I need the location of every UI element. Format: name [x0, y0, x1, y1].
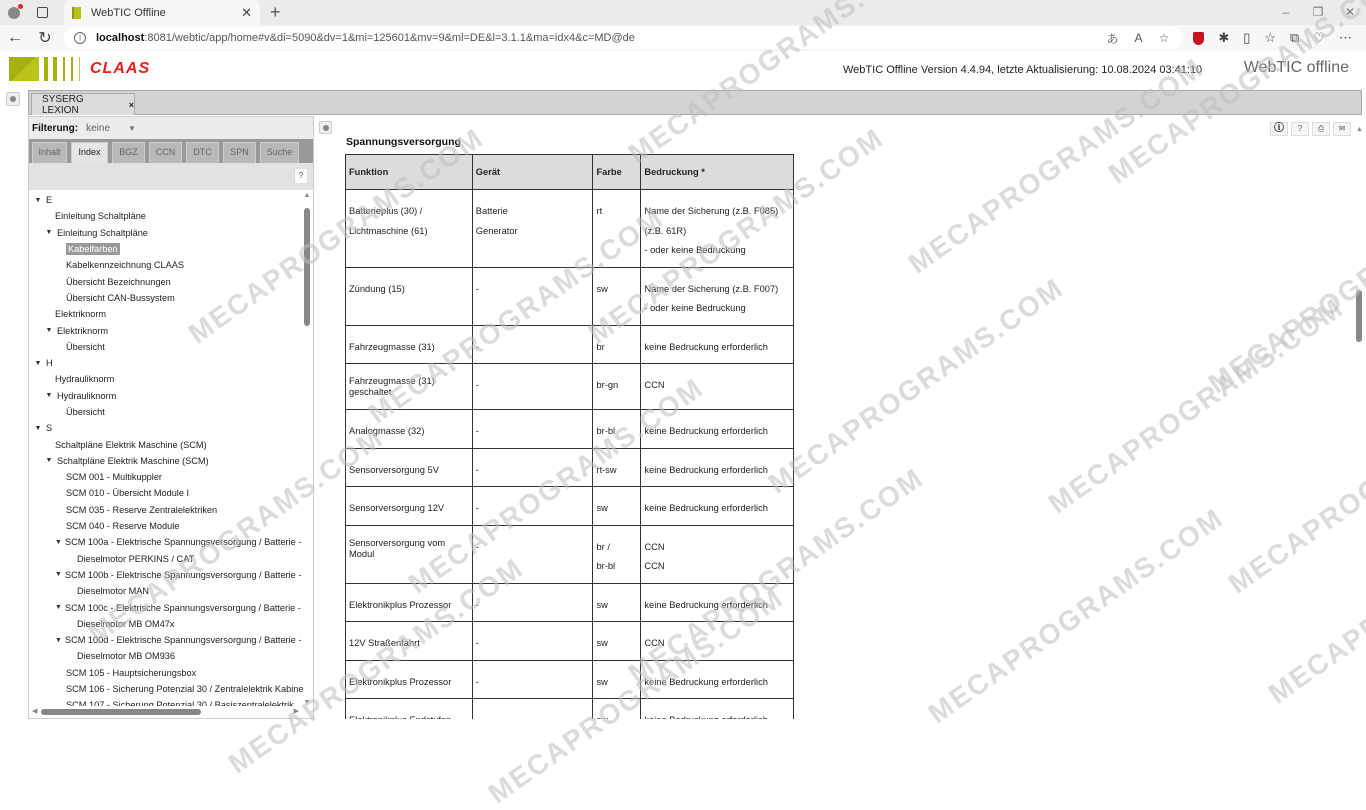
cell-geraet: -	[472, 660, 593, 699]
scroll-thumb[interactable]	[41, 709, 201, 715]
cell-funktion: Sensorversorgung 5V	[346, 448, 473, 487]
cell-farbe: br /br-bl	[593, 525, 641, 583]
column-header: Bedruckung *	[641, 155, 794, 190]
tree-item[interactable]: Dieselmotor MB OM936	[29, 648, 303, 664]
tree-item[interactable]: ▼SCM 100a - Elektrische Spannungsversorg…	[29, 534, 303, 550]
table-row: Elektronikplus Prozessor-swkeine Bedruck…	[346, 660, 794, 699]
tab-actions-icon	[37, 7, 48, 18]
translate-icon[interactable]: あ	[1107, 30, 1119, 47]
document-content: Spannungsversorgung ⓘ ? ⎙ ✉ FunktionGerä…	[335, 116, 1353, 719]
scroll-up-icon[interactable]: ▲	[303, 192, 311, 199]
profile-button[interactable]	[0, 0, 28, 25]
close-tab-icon[interactable]: ✕	[241, 5, 252, 21]
tree-item-label: Übersicht CAN-Bussystem	[66, 293, 175, 303]
site-info-icon[interactable]: i	[74, 32, 86, 44]
table-row: Fahrzeugmasse (31) geschaltet-br-gnCCN	[346, 364, 794, 410]
tree-item-label: SCM 001 - Multikuppler	[66, 472, 162, 482]
tree-item-label: Dieselmotor PERKINS / CAT	[77, 554, 194, 564]
scroll-left-icon[interactable]: ◀	[32, 707, 37, 715]
collapse-panel-button[interactable]	[319, 121, 332, 134]
tree-item[interactable]: SCM 010 - Übersicht Module I	[29, 485, 303, 501]
tree-item[interactable]: Kabelkennzeichnung CLAAS	[29, 257, 303, 273]
tab-spn[interactable]: SPN	[223, 142, 256, 163]
app-header: CLAAS WebTIC Offline Version 4.4.94, let…	[0, 51, 1366, 88]
help-icon[interactable]: ?	[1291, 122, 1309, 136]
tree-item[interactable]: ▼Hydrauliknorm	[29, 388, 303, 404]
scroll-thumb[interactable]	[1356, 290, 1362, 342]
tree-item[interactable]: Dieselmotor PERKINS / CAT	[29, 551, 303, 567]
table-row: Zündung (15)-swName der Sicherung (z.B. …	[346, 267, 794, 325]
cell-bedruckung: CCNCCN	[641, 525, 794, 583]
tree-item-label: H	[46, 358, 53, 368]
close-window-button[interactable]: ✕	[1334, 0, 1366, 25]
cell-bedruckung: keine Bedruckung erforderlich	[641, 410, 794, 449]
tree-item[interactable]: SCM 001 - Multikuppler	[29, 469, 303, 485]
tab-inhalt[interactable]: Inhalt	[32, 142, 67, 163]
tree-item[interactable]: ▼SCM 100b - Elektrische Spannungsversorg…	[29, 567, 303, 583]
cell-funktion: Elektronikplus Prozessor	[346, 660, 473, 699]
table-row: Sensorversorgung vom Modul-br /br-blCCNC…	[346, 525, 794, 583]
cell-farbe: sw	[593, 699, 641, 720]
cell-funktion: Elektronikplus Prozessor	[346, 583, 473, 622]
tab-ccn[interactable]: CCN	[149, 142, 182, 163]
split-screen-icon[interactable]: ▯	[1243, 30, 1250, 46]
tree-item[interactable]: ▼Einleitung Schaltpläne	[29, 225, 303, 241]
tree-item[interactable]: SCM 035 - Reserve Zentralelektriken	[29, 502, 303, 518]
cell-geraet: -	[472, 699, 593, 720]
tree-horizontal-scrollbar[interactable]: ◀ ▶	[29, 706, 313, 718]
tree-item-label: Übersicht	[66, 407, 105, 417]
tab-index[interactable]: Index	[71, 142, 108, 163]
table-row: Elektronikplus Endstufen-swkeine Bedruck…	[346, 699, 794, 720]
table-row: Fahrzeugmasse (31)-brkeine Bedruckung er…	[346, 325, 794, 364]
tree-item[interactable]: Hydrauliknorm	[29, 371, 303, 387]
version-info: WebTIC Offline Version 4.4.94, letzte Ak…	[843, 64, 1202, 76]
cell-bedruckung: keine Bedruckung erforderlich	[641, 487, 794, 526]
table-row: 12V Straßenfahrt-swCCN	[346, 622, 794, 661]
cell-funktion: Zündung (15)	[346, 267, 473, 325]
cell-geraet: BatterieGenerator	[472, 190, 593, 268]
tree-item[interactable]: ▼E	[29, 192, 303, 208]
window-controls: – ❐ ✕	[1270, 0, 1366, 25]
back-button[interactable]: ←	[0, 29, 30, 47]
cell-geraet: -	[472, 525, 593, 583]
favorite-star-icon[interactable]: ☆	[1159, 31, 1170, 45]
tree-item-label: Hydrauliknorm	[55, 374, 114, 384]
tree-item-label: S	[46, 423, 52, 433]
tree-item[interactable]: SCM 107 - Sicherung Potenzial 30 / Basis…	[29, 697, 303, 706]
table-row: Analogmasse (32)-br-blkeine Bedruckung e…	[346, 410, 794, 449]
claas-logo: CLAAS	[9, 56, 150, 82]
tree-item-label: SCM 040 - Reserve Module	[66, 521, 179, 531]
cable-color-table: FunktionGerätFarbeBedruckung * Batteriep…	[345, 154, 794, 719]
url-path: :8081/webtic/app/home#v&di=5090&dv=1&mi=…	[144, 32, 1106, 44]
tree-item[interactable]: Schaltpläne Elektrik Maschine (SCM)	[29, 436, 303, 452]
expand-toggle-icon[interactable]: ▼	[55, 539, 62, 546]
index-tree: ▼EEinleitung Schaltpläne▼Einleitung Scha…	[29, 192, 303, 706]
app-name: WebTIC offline	[1244, 59, 1349, 77]
tree-item[interactable]: Übersicht	[29, 404, 303, 420]
tree-item[interactable]: Übersicht CAN-Bussystem	[29, 290, 303, 306]
cell-geraet: -	[472, 622, 593, 661]
tree-item-label: Dieselmotor MB OM936	[77, 651, 175, 661]
cell-funktion: Fahrzeugmasse (31) geschaltet	[346, 364, 473, 410]
tree-item[interactable]: ▼Elektriknorm	[29, 322, 303, 338]
expand-toggle-icon[interactable]: ▼	[55, 571, 62, 578]
cell-funktion: Sensorversorgung 12V	[346, 487, 473, 526]
tree-item[interactable]: SCM 040 - Reserve Module	[29, 518, 303, 534]
scroll-right-icon[interactable]: ▶	[294, 707, 299, 715]
extensions-icon[interactable]: ✱	[1218, 30, 1229, 46]
document-tabbar: SYSERG LEXION ×	[28, 90, 1362, 115]
tree-item-label: Schaltpläne Elektrik Maschine (SCM)	[57, 456, 209, 466]
filter-select[interactable]: keine	[86, 123, 110, 134]
cell-geraet: -	[472, 267, 593, 325]
expand-toggle-icon[interactable]: ▼	[55, 604, 62, 611]
table-row: Batterieplus (30) /Lichtmaschine (61)Bat…	[346, 190, 794, 268]
tree-item[interactable]: Dieselmotor MAN	[29, 583, 303, 599]
document-tab-label: SYSERG LEXION	[42, 94, 116, 116]
tree-item-label: SCM 035 - Reserve Zentralelektriken	[66, 505, 217, 515]
cell-geraet: -	[472, 364, 593, 410]
cell-bedruckung: CCN	[641, 364, 794, 410]
column-header: Farbe	[593, 155, 641, 190]
info-icon[interactable]: ⓘ	[1270, 122, 1288, 136]
tree-item-label: SCM 100d - Elektrische Spannungsversorgu…	[65, 635, 303, 645]
close-document-tab-icon[interactable]: ×	[129, 100, 134, 110]
cell-farbe: sw	[593, 622, 641, 661]
cell-bedruckung: keine Bedruckung erforderlich	[641, 583, 794, 622]
tree-item[interactable]: SCM 106 - Sicherung Potenzial 30 / Zentr…	[29, 681, 303, 697]
reload-button[interactable]: ↻	[30, 28, 60, 48]
cell-farbe: sw	[593, 583, 641, 622]
cell-bedruckung: Name der Sicherung (z.B. F085)(z.B. 61R)…	[641, 190, 794, 268]
document-tab[interactable]: SYSERG LEXION ×	[31, 93, 135, 115]
tree-item[interactable]: Übersicht Bezeichnungen	[29, 273, 303, 289]
tree-item-label: Elektriknorm	[57, 326, 108, 336]
table-row: Sensorversorgung 5V-rt-swkeine Bedruckun…	[346, 448, 794, 487]
tree-item-label: Übersicht	[66, 342, 105, 352]
tree-item[interactable]: ▼S	[29, 420, 303, 436]
browser-essentials-icon[interactable]: ♡	[1313, 30, 1325, 46]
column-header: Gerät	[472, 155, 593, 190]
tab-bgz[interactable]: BGZ	[112, 142, 145, 163]
tree-item-label: Kabelfarben	[66, 243, 120, 255]
tree-item[interactable]: Einleitung Schaltpläne	[29, 208, 303, 224]
cell-farbe: br	[593, 325, 641, 364]
expand-toggle-icon[interactable]: ▼	[33, 360, 43, 367]
panel-toolbar: ?	[29, 163, 313, 190]
cell-farbe: br-bl	[593, 410, 641, 449]
expand-toggle-icon[interactable]: ▼	[44, 392, 54, 399]
tree-item[interactable]: Kabelfarben	[29, 241, 303, 257]
tree-item[interactable]: Übersicht	[29, 339, 303, 355]
tree-item-label: Hydrauliknorm	[57, 391, 116, 401]
brand-name: CLAAS	[90, 60, 150, 78]
mail-icon[interactable]: ✉	[1333, 122, 1351, 136]
expand-toggle-icon[interactable]: ▼	[44, 229, 54, 236]
tree-item-label: E	[46, 195, 52, 205]
cell-farbe: rt	[593, 190, 641, 268]
tree-item-label: Einleitung Schaltpläne	[55, 211, 146, 221]
tree-item-label: SCM 010 - Übersicht Module I	[66, 488, 189, 498]
cell-farbe: sw	[593, 660, 641, 699]
tab-actions-button[interactable]	[28, 0, 56, 25]
page-vertical-scrollbar[interactable]: ▲	[1353, 116, 1366, 719]
help-button[interactable]: ?	[294, 168, 308, 184]
tree-item-label: Schaltpläne Elektrik Maschine (SCM)	[55, 440, 207, 450]
cell-bedruckung: CCN	[641, 622, 794, 661]
tree-item-label: SCM 100a - Elektrische Spannungsversorgu…	[65, 537, 303, 547]
cell-farbe: sw	[593, 267, 641, 325]
expand-toggle-icon[interactable]: ▼	[44, 327, 54, 334]
favorites-icon[interactable]: ☆	[1264, 30, 1276, 46]
table-row: Elektronikplus Prozessor-swkeine Bedruck…	[346, 583, 794, 622]
cell-bedruckung: keine Bedruckung erforderlich	[641, 660, 794, 699]
tree-item[interactable]: Elektriknorm	[29, 306, 303, 322]
browser-tab-title: WebTIC Offline	[91, 7, 241, 19]
tree-item[interactable]: SCM 105 - Hauptsicherungsbox	[29, 665, 303, 681]
column-header: Funktion	[346, 155, 473, 190]
cell-bedruckung: keine Bedruckung erforderlich	[641, 699, 794, 720]
read-aloud-icon[interactable]: A	[1135, 31, 1143, 45]
expand-toggle-icon[interactable]: ▼	[33, 197, 43, 204]
tree-item-label: SCM 100c - Elektrische Spannungsversorgu…	[65, 603, 303, 613]
cell-funktion: Batterieplus (30) /Lichtmaschine (61)	[346, 190, 473, 268]
cell-farbe: rt-sw	[593, 448, 641, 487]
tree-item-label: SCM 100b - Elektrische Spannungsversorgu…	[65, 570, 303, 580]
expand-toggle-icon[interactable]: ▼	[44, 457, 54, 464]
tree-item-label: Dieselmotor MB OM47x	[77, 619, 175, 629]
restore-button[interactable]: ❐	[1302, 0, 1334, 25]
panel-tabs: InhaltIndexBGZCCNDTCSPNSuche	[29, 139, 313, 163]
tree-item-label: Einleitung Schaltpläne	[57, 228, 148, 238]
cell-geraet: -	[472, 325, 593, 364]
chevron-down-icon[interactable]: ▼	[128, 124, 136, 133]
tab-suche[interactable]: Suche	[260, 142, 299, 163]
url-host: localhost	[96, 32, 144, 44]
browser-tab[interactable]: WebTIC Offline ✕	[64, 0, 260, 25]
cell-farbe: sw	[593, 487, 641, 526]
expand-toggle-icon[interactable]: ▼	[55, 637, 62, 644]
scroll-thumb[interactable]	[304, 208, 310, 326]
tree-item-label: Dieselmotor MAN	[77, 586, 149, 596]
cell-funktion: 12V Straßenfahrt	[346, 622, 473, 661]
filter-label: Filterung:	[32, 123, 78, 134]
tree-item-label: SCM 105 - Hauptsicherungsbox	[66, 668, 196, 678]
ublock-extension-icon[interactable]	[1193, 32, 1204, 45]
cell-bedruckung: keine Bedruckung erforderlich	[641, 448, 794, 487]
cell-funktion: Sensorversorgung vom Modul	[346, 525, 473, 583]
tree-item[interactable]: Dieselmotor MB OM47x	[29, 616, 303, 632]
more-menu-icon[interactable]: ⋯	[1339, 30, 1352, 46]
tree-vertical-scrollbar[interactable]: ▲ ▼	[303, 192, 311, 706]
cell-farbe: br-gn	[593, 364, 641, 410]
tree-item-label: SCM 106 - Sicherung Potenzial 30 / Zentr…	[66, 684, 303, 694]
expand-toggle-icon[interactable]: ▼	[33, 425, 43, 432]
new-tab-button[interactable]: +	[270, 2, 281, 23]
favicon-icon	[72, 7, 81, 19]
minimize-button[interactable]: –	[1270, 0, 1302, 25]
profile-icon	[8, 7, 20, 19]
tree-item-label: Übersicht Bezeichnungen	[66, 277, 171, 287]
cell-geraet: -	[472, 448, 593, 487]
browser-toolbar: ← ↻ i localhost :8081/webtic/app/home#v&…	[0, 25, 1366, 51]
print-icon[interactable]: ⎙	[1312, 122, 1330, 136]
tree-item[interactable]: ▼SCM 100c - Elektrische Spannungsversorg…	[29, 599, 303, 615]
cell-geraet: -	[472, 410, 593, 449]
collapse-sidebar-button[interactable]	[6, 92, 20, 106]
scroll-down-icon[interactable]: ▼	[303, 699, 311, 706]
cell-bedruckung: keine Bedruckung erforderlich	[641, 325, 794, 364]
tree-item[interactable]: ▼H	[29, 355, 303, 371]
browser-tabbar: WebTIC Offline ✕ + – ❐ ✕	[0, 0, 1366, 25]
cell-funktion: Elektronikplus Endstufen	[346, 699, 473, 720]
cell-funktion: Fahrzeugmasse (31)	[346, 325, 473, 364]
page-title: Spannungsversorgung	[346, 136, 461, 148]
tree-item-label: Kabelkennzeichnung CLAAS	[66, 260, 184, 270]
filter-row: Filterung: keine ▼	[29, 117, 313, 139]
tree-item[interactable]: ▼SCM 100d - Elektrische Spannungsversorg…	[29, 632, 303, 648]
tree-item[interactable]: ▼Schaltpläne Elektrik Maschine (SCM)	[29, 453, 303, 469]
cell-geraet: -	[472, 487, 593, 526]
cell-geraet: -	[472, 583, 593, 622]
cell-bedruckung: Name der Sicherung (z.B. F007)- oder kei…	[641, 267, 794, 325]
tree-item-label: Elektriknorm	[55, 309, 106, 319]
scroll-up-icon[interactable]: ▲	[1353, 126, 1366, 133]
collections-icon[interactable]: ⧉	[1290, 30, 1299, 46]
tab-dtc[interactable]: DTC	[186, 142, 219, 163]
table-row: Sensorversorgung 12V-swkeine Bedruckung …	[346, 487, 794, 526]
index-panel: Filterung: keine ▼ InhaltIndexBGZCCNDTCS…	[28, 116, 314, 719]
document-tools: ⓘ ? ⎙ ✉	[1270, 122, 1351, 136]
cell-funktion: Analogmasse (32)	[346, 410, 473, 449]
address-bar[interactable]: i localhost :8081/webtic/app/home#v&di=5…	[64, 27, 1183, 49]
